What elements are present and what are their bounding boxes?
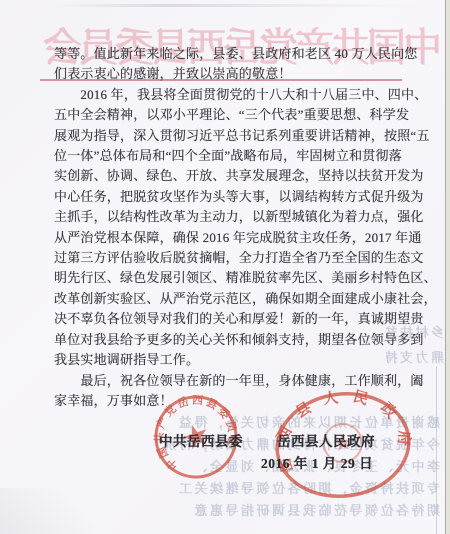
text-line: 过第三方评估验收后脱贫摘帽，全力打造全省乃至全国的生态文 [54,248,402,268]
text-line: 单位对我县给予更多的关心关怀和倾斜支持，期望各位领导多到 [54,330,402,350]
signature-date: 2016 年 1 月 29 日 [261,452,373,472]
paper-fold-line [436,366,437,534]
text-line: 2016 年，我县将全面贯彻党的十八大和十八届三中、四中、 [54,85,402,105]
bleedthrough-line: 期待各位领导莅临我县调研指导惠意 [12,500,440,519]
text-line: 展观为指导，深入贯彻习近平总书记系列重要讲话精神，按照“五 [54,126,402,146]
text-line: 实创新、协调、绿色、开放、共享发展理念，坚持以扶贫开发为 [54,166,402,186]
letter-body: 等等。值此新年来临之际，县委、县政府和老区 40 万人民向您们表示衷心的感谢，并… [54,44,402,411]
text-line: 中心任务，把脱贫攻坚作为头等大事，以调结构转方式促升级为 [54,187,402,207]
signature-party-committee: 中共岳西县委 [159,430,243,450]
scanned-letter-page: 中国共产党岳西县委员会 等等。值此新年来临之际，县委、县政府和老区 40 万人民… [0,0,450,534]
text-line: 我县实地调研指导工作。 [54,350,402,370]
text-line: 等等。值此新年来临之际，县委、县政府和老区 40 万人民向您 [54,44,402,64]
text-line: 主抓手，以结构性改革为主动力，以新型城镇化为着力点，强化 [54,207,402,227]
scan-smudge [55,4,425,7]
text-line: 五中全会精神，以邓小平理论、“三个代表”重要思想、科学发 [54,105,402,125]
text-line: 决不辜负各位领导对我们的关心和厚爱！新的一年，真诚期望贵 [54,309,402,329]
page-edge [445,0,450,534]
text-line: 明先行区、绿色发展引领区、精准脱贫率先区、美丽乡村特色区、 [54,268,402,288]
text-line: 们表示衷心的感谢，并致以崇高的敬意！ [54,64,402,84]
signature-county-government: 岳西县人民政府 [277,430,375,450]
text-line: 从严治党根本保障，确保 2016 年完成脱贫主攻任务，2017 年通 [54,228,402,248]
text-line: 位一体”总体布局和“四个全面”战略布局，牢固树立和贯彻落 [54,146,402,166]
text-line: 改革创新实验区、从严治党示范区，确保如期全面建成小康社会， [54,289,402,309]
